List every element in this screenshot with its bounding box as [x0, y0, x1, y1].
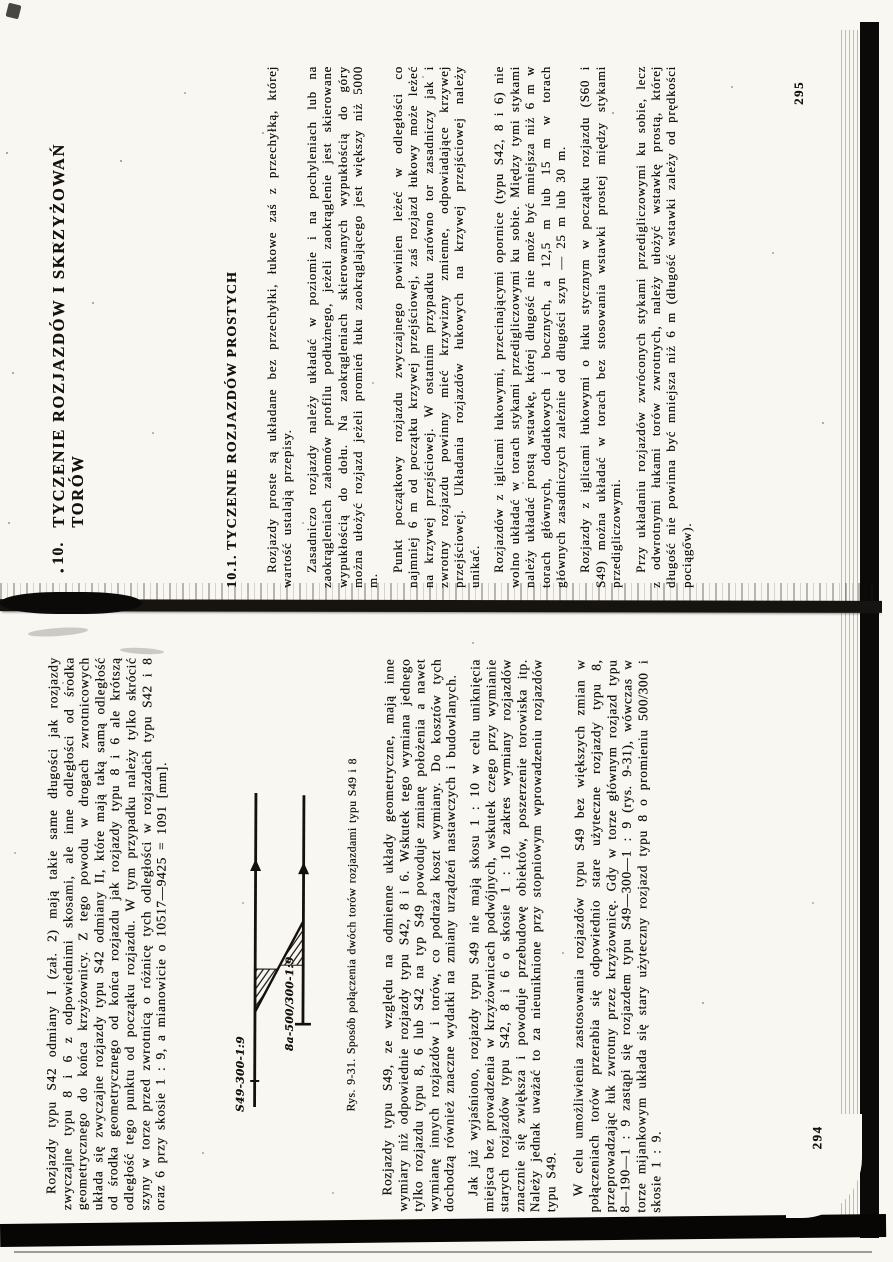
- paragraph: Punkt początkowy rozjazdu zwyczajnego po…: [391, 66, 483, 588]
- chapter-heading: • 10. TYCZENIE ROZJAZDÓW I SKRZYŻOWAŃTOR…: [49, 56, 87, 573]
- ink-mark: [5, 3, 21, 20]
- paragraph: Rozjazdy proste są układane bez przechył…: [265, 66, 296, 588]
- paragraph: Jak już wyjaśniono, rozjazdy typu S49 ni…: [465, 659, 561, 1212]
- siding-track-line: [303, 795, 304, 1024]
- page-number-294: 294: [809, 1125, 825, 1149]
- direction-arrow-bottom: [298, 862, 309, 874]
- smudge: [28, 626, 88, 638]
- paragraph: Zasadniczo rozjazdy należy układać w poz…: [305, 66, 382, 588]
- paragraph: W celu umożliwienia zastosowania rozjazd…: [571, 659, 667, 1212]
- page-295: • 10. TYCZENIE ROZJAZDÓW I SKRZYŻOWAŃTOR…: [25, 56, 860, 601]
- paragraph: Rozjazdów z iglicami łukowymi, przecinaj…: [492, 66, 569, 588]
- track-diagram: S49-300-1:9 8a-500/300-1:9: [228, 771, 337, 1115]
- figure-label-bottom-turnout: 8a-500/300-1:9: [284, 956, 296, 1051]
- chapter-title-line1: TYCZENIE ROZJAZDÓW I SKRZYŻOWAŃ: [49, 143, 68, 528]
- paragraph: Przy układaniu rozjazdów zwróconych styk…: [634, 66, 696, 588]
- scan-bottom-line: [14, 1251, 872, 1253]
- chapter-bullet: •: [55, 569, 87, 573]
- scan-noise-specks: [0, 0, 2, 2]
- chapter-title-line2: TORÓW: [68, 455, 87, 528]
- paragraph: Rozjazdy z iglicami łukowymi o łuku styc…: [578, 66, 624, 588]
- book-scan: • 10. TYCZENIE ROZJAZDÓW I SKRZYŻOWAŃTOR…: [0, 0, 893, 1262]
- figure-rys-9-31: S49-300-1:9 8a-500/300-1:9: [228, 771, 341, 1115]
- main-track-line: [254, 793, 255, 1107]
- chapter-number: 10.: [50, 542, 87, 565]
- figure-label-top-turnout: S49-300-1:9: [234, 1036, 246, 1112]
- direction-arrow-top: [250, 859, 261, 871]
- page-number-295: 295: [791, 81, 807, 105]
- paragraph: Rozjazdy typu S42 odmiany I (zał. 2) maj…: [43, 657, 170, 1211]
- scanner-black-edge-right: [860, 22, 879, 1238]
- chapter-title: TYCZENIE ROZJAZDÓW I SKRZYŻOWAŃTORÓW: [49, 143, 87, 528]
- page-294: Rozjazdy typu S42 odmiany I (zał. 2) maj…: [27, 645, 863, 1242]
- figure-caption: Rys. 9-31. Sposób połączenia dwóch torów…: [343, 658, 361, 1211]
- page-295-body: Rozjazdy proste są układane bez przechył…: [265, 66, 695, 588]
- paragraph: Rozjazdy typu S49, ze względu na odmienn…: [379, 659, 459, 1212]
- page-294-body: Rozjazdy typu S42 odmiany I (zał. 2) maj…: [43, 657, 666, 1213]
- section-heading: 10.1. TYCZENIE ROZJAZDÓW PROSTYCH: [225, 56, 241, 588]
